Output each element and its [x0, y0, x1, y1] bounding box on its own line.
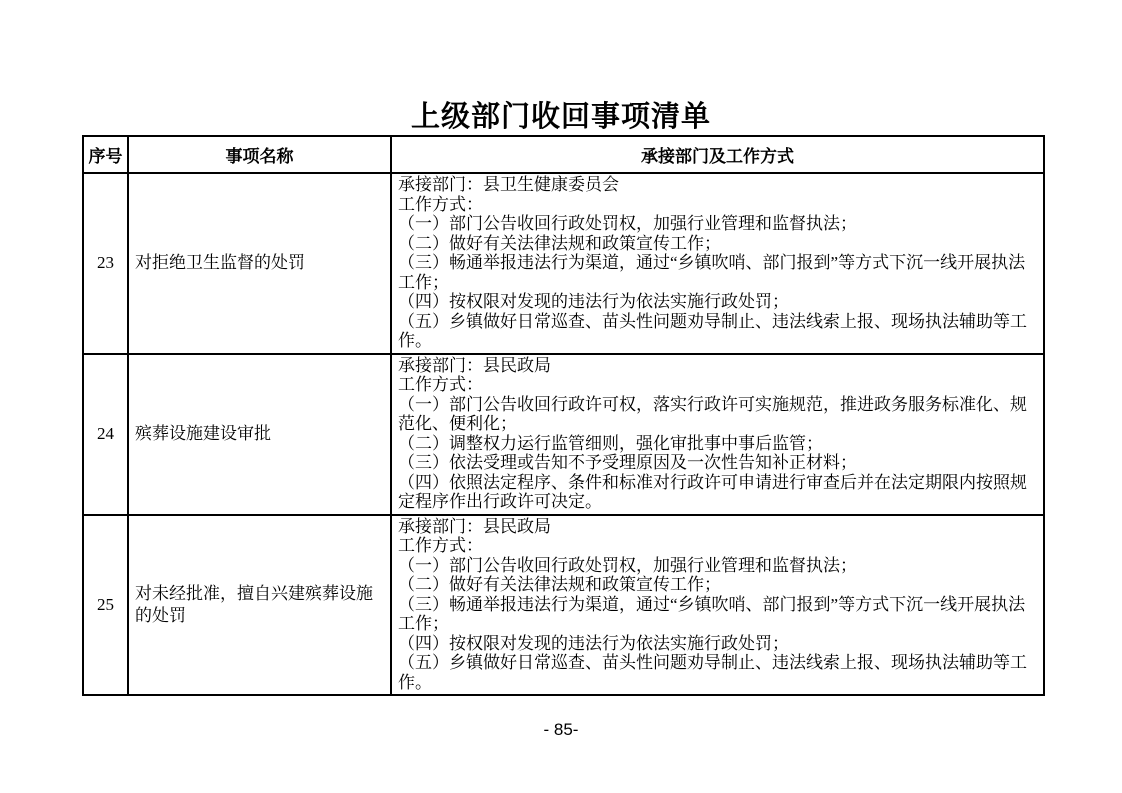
header-item-name: 事项名称 — [128, 136, 391, 173]
document-page: 上级部门收回事项清单 序号 事项名称 承接部门及工作方式 23 对拒绝卫生监督的… — [0, 0, 1122, 793]
table-row: 25 对未经批准，擅自兴建殡葬设施的处罚 承接部门：县民政局 工作方式： （一）… — [83, 515, 1044, 696]
undertaking-cell: 承接部门：县民政局 工作方式： （一）部门公告收回行政处罚权，加强行业管理和监督… — [391, 515, 1044, 696]
undertaking-cell: 承接部门：县民政局 工作方式： （一）部门公告收回行政许可权，落实行政许可实施规… — [391, 354, 1044, 515]
table-row: 24 殡葬设施建设审批 承接部门：县民政局 工作方式： （一）部门公告收回行政许… — [83, 354, 1044, 515]
item-name-cell: 殡葬设施建设审批 — [128, 354, 391, 515]
header-seq: 序号 — [83, 136, 128, 173]
seq-cell: 23 — [83, 173, 128, 354]
table-header-row: 序号 事项名称 承接部门及工作方式 — [83, 136, 1044, 173]
table-row: 23 对拒绝卫生监督的处罚 承接部门：县卫生健康委员会 工作方式： （一）部门公… — [83, 173, 1044, 354]
header-undertaking: 承接部门及工作方式 — [391, 136, 1044, 173]
undertaking-cell: 承接部门：县卫生健康委员会 工作方式： （一）部门公告收回行政处罚权，加强行业管… — [391, 173, 1044, 354]
seq-cell: 25 — [83, 515, 128, 696]
seq-cell: 24 — [83, 354, 128, 515]
page-number: - 85- — [0, 720, 1122, 740]
item-name-cell: 对未经批准，擅自兴建殡葬设施的处罚 — [128, 515, 391, 696]
item-name-cell: 对拒绝卫生监督的处罚 — [128, 173, 391, 354]
items-table: 序号 事项名称 承接部门及工作方式 23 对拒绝卫生监督的处罚 承接部门：县卫生… — [82, 135, 1045, 696]
page-title: 上级部门收回事项清单 — [0, 94, 1122, 135]
